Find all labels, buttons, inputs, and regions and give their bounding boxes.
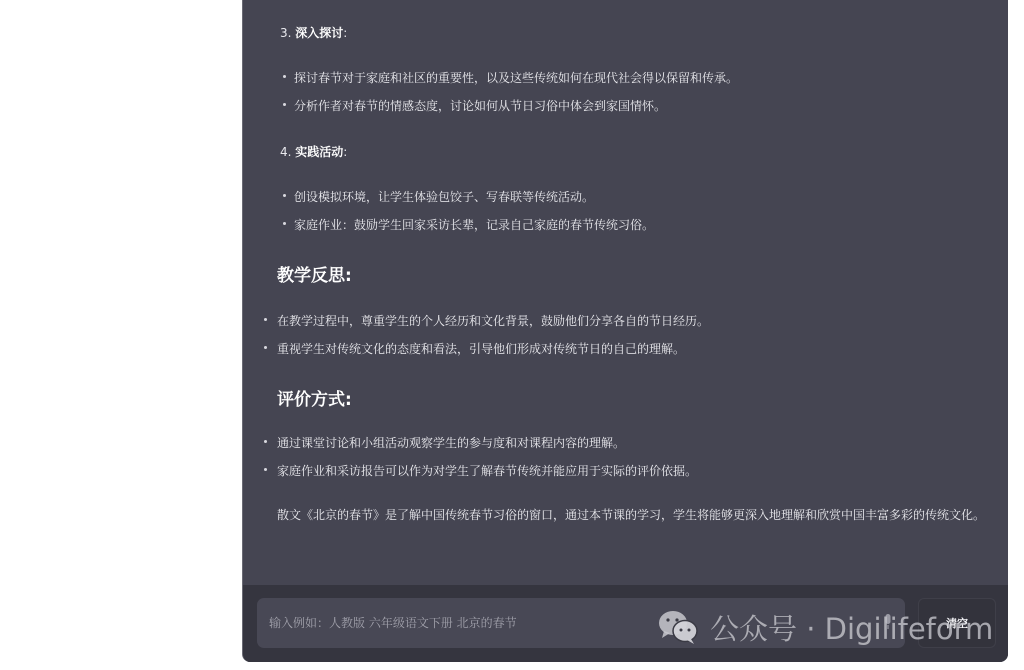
prompt-input[interactable] [257, 598, 905, 648]
chat-footer: 清空 [243, 585, 1008, 662]
list-item: 家庭作业和采访报告可以作为对学生了解春节传统并能应用于实际的评价依据。 [263, 462, 697, 479]
microphone-icon[interactable] [884, 614, 892, 630]
section-4-colon: : [343, 145, 347, 159]
clear-button[interactable]: 清空 [918, 598, 996, 648]
section-4-heading: 4. 实践活动: [280, 143, 347, 160]
section-3-colon: : [343, 26, 347, 40]
list-item: 创设模拟环境，让学生体验包饺子、写春联等传统活动。 [280, 188, 594, 205]
evaluation-heading: 评价方式: [277, 385, 352, 410]
list-item: 家庭作业：鼓励学生回家采访长辈，记录自己家庭的春节传统习俗。 [280, 216, 654, 233]
reflection-heading: 教学反思: [277, 261, 352, 286]
chat-panel: 3. 深入探讨: 探讨春节对于家庭和社区的重要性，以及这些传统如何在现代社会得以… [242, 0, 1008, 662]
section-4-number: 4. [280, 145, 291, 159]
section-3-title: 深入探讨 [295, 26, 343, 40]
list-item: 通过课堂讨论和小组活动观察学生的参与度和对课程内容的理解。 [263, 434, 625, 451]
section-4-title: 实践活动 [295, 145, 343, 159]
list-item: 重视学生对传统文化的态度和看法，引导他们形成对传统节日的自己的理解。 [263, 340, 685, 357]
section-3-heading: 3. 深入探讨: [280, 24, 347, 41]
list-item: 分析作者对春节的情感态度，讨论如何从节日习俗中体会到家国情怀。 [280, 97, 666, 114]
section-3-number: 3. [280, 26, 291, 40]
response-content: 3. 深入探讨: 探讨春节对于家庭和社区的重要性，以及这些传统如何在现代社会得以… [243, 0, 1008, 585]
list-item: 探讨春节对于家庭和社区的重要性，以及这些传统如何在现代社会得以保留和传承。 [280, 69, 738, 86]
list-item: 在教学过程中，尊重学生的个人经历和文化背景，鼓励他们分享各自的节日经历。 [263, 312, 709, 329]
summary-paragraph: 散文《北京的春节》是了解中国传统春节习俗的窗口，通过本节课的学习，学生将能够更深… [277, 506, 997, 525]
